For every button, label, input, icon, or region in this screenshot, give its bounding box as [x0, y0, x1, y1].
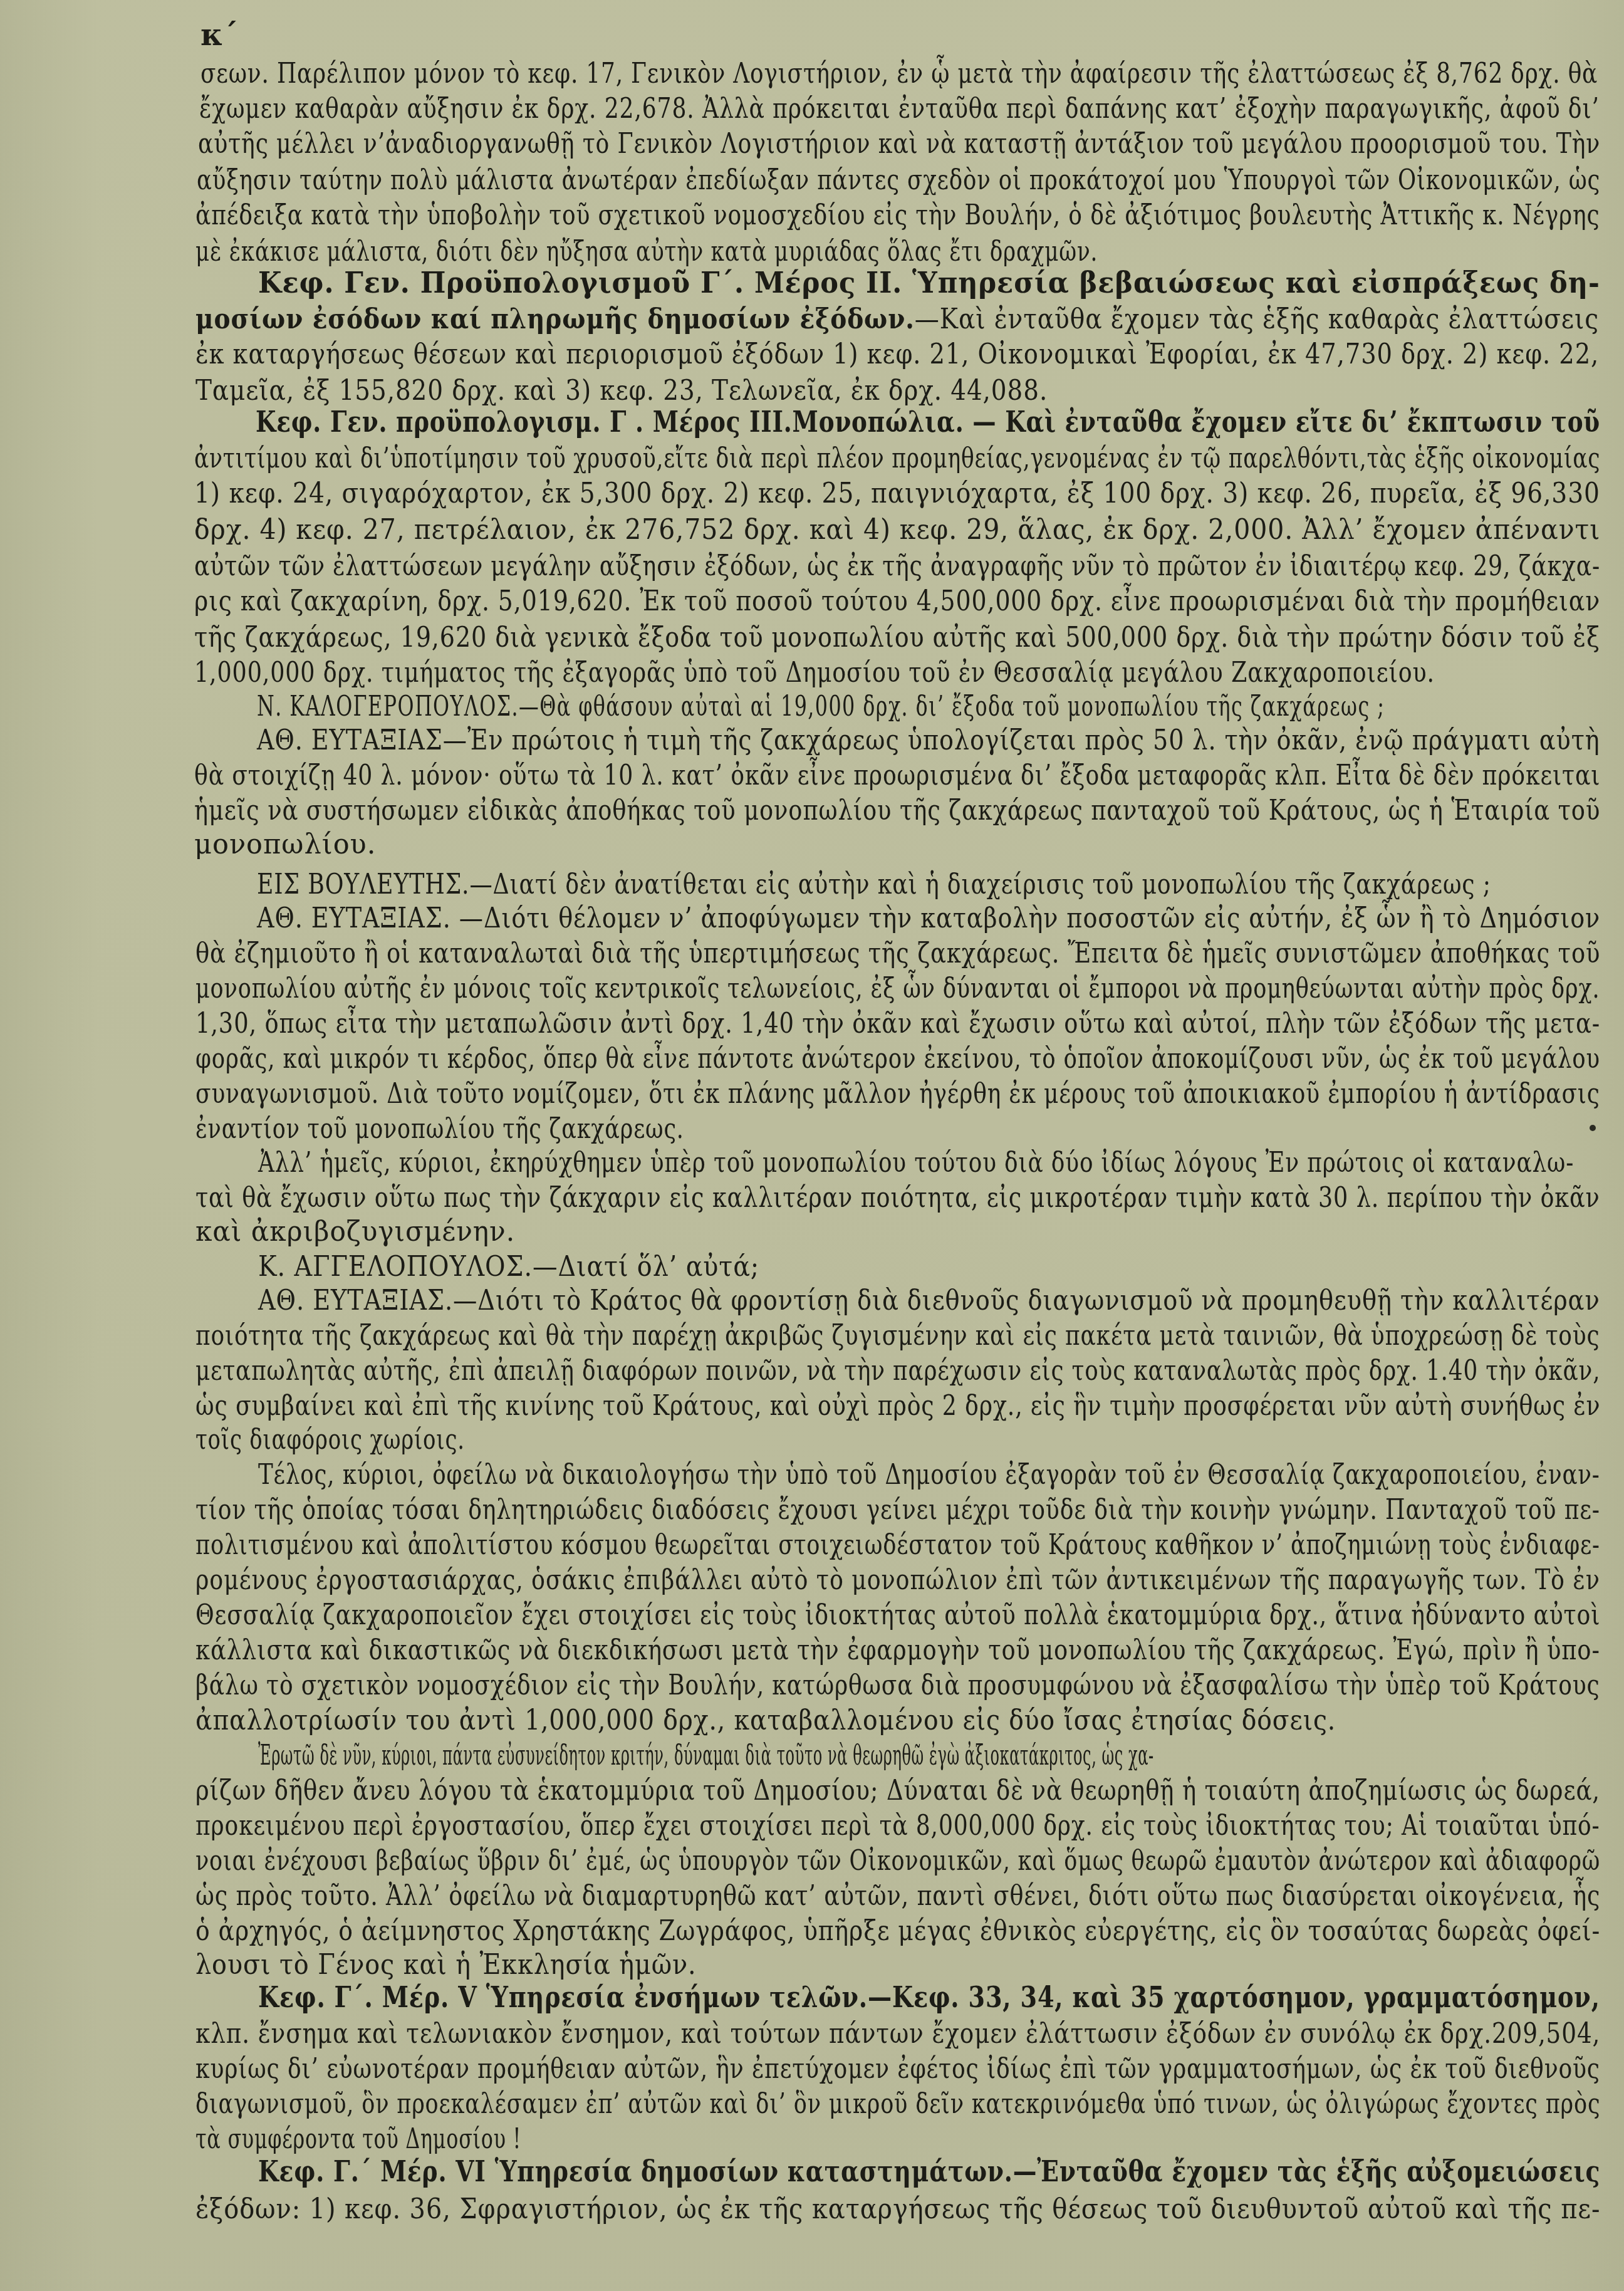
text-run: ἀντιτίμου καὶ δι’ὑποτίμησιν τοῦ χρυσοῦ,ε…: [194, 442, 1600, 474]
text-line: ὁ ἀρχηγός, ὁ ἀείμνηστος Χρηστάκης Ζωγράφ…: [195, 1915, 1600, 1948]
text-run: νοιαι ἐνέχουσι βεβαίως ὕβριν δι’ ἐμέ, ὡς…: [195, 1845, 1600, 1877]
text-run: Ν. ΚΑΛΟΓΕΡΟΠΟΥΛΟΣ.—Θὰ φθάσουν αὐταὶ αἱ 1…: [257, 691, 1385, 723]
text-run: θὰ ἐζημιοῦτο ἢ οἱ καταναλωταὶ διὰ τῆς ὑπ…: [195, 937, 1600, 969]
heading-run: Κεφ. Γεν. προϋπολογισμ. Γ . Μέρος ΙΙΙ.Μο…: [256, 405, 964, 439]
text-line: ἐναντίον τοῦ μονοπωλίου τῆς ζακχάρεως.: [195, 1113, 684, 1145]
section-heading-line: Κεφ. Γ΄. Μέρ. V Ὑπηρεσία ἐνσήμων τελῶν.—…: [258, 1981, 1600, 2014]
text-run: Τέλος, κύριοι, ὀφείλω νὰ δικαιολογήσω τὴ…: [258, 1459, 1600, 1491]
text-run: ἀπαλλοτρίωσίν του ἀντὶ 1,000,000 δρχ., κ…: [195, 1704, 1336, 1736]
text-run: ρομένους ἐργοστασιάρχας, ὁσάκις ἐπιβάλλε…: [195, 1564, 1600, 1596]
text-run: μονοπωλίου αὐτῆς ἐν μόνοις τοῖς κεντρικο…: [195, 973, 1600, 1005]
text-run: —Κεφ. 33, 34, καὶ 35 χαρτόσημον, γραμματ…: [868, 1980, 1600, 2015]
text-line: Κ. ΑΓΓΕΛΟΠΟΥΛΟΣ.—Διατί ὅλ’ αὐτά;: [258, 1251, 759, 1283]
text-line: Ἀλλ’ ἡμεῖς, κύριοι, ἐκηρύχθημεν ὑπὲρ τοῦ…: [258, 1147, 1574, 1179]
text-run: δρχ. 4) κεφ. 27, πετρέλαιον, ἐκ 276,752 …: [194, 514, 1600, 546]
section-heading-line: Κεφ. Γεν. προϋπολογισμ. Γ . Μέρος ΙΙΙ.Μο…: [256, 406, 1600, 439]
text-run: 1) κεφ. 24, σιγαρόχαρτον, ἐκ 5,300 δρχ. …: [194, 478, 1600, 509]
text-run: ἐξόδων: 1) κεφ. 36, Σφραγιστήριον, ὡς ἐκ…: [195, 2193, 1600, 2225]
section-heading-line: Κεφ. Γεν. Προϋπολογισμοῦ Γ΄. Μέρος ΙΙ. Ὑ…: [258, 267, 1600, 300]
text-run: διαγωνισμοῦ, ὃν προεκαλέσαμεν ἐπ’ αὐτῶν …: [195, 2088, 1600, 2120]
text-line: αὐτῆς μέλλει ν’ἀναδιοργανωθῇ τὸ Γενικὸν …: [198, 128, 1600, 160]
text-line: μεταπωλητὰς αὐτῆς, ἐπὶ ἀπειλῇ διαφόρων π…: [195, 1355, 1600, 1387]
text-run: βάλω τὸ σχετικὸν νομοσχέδιον εἰς τὴν Βου…: [195, 1669, 1600, 1701]
text-run: Κ. ΑΓΓΕΛΟΠΟΥΛΟΣ.—Διατί ὅλ’ αὐτά;: [258, 1251, 759, 1283]
text-run: ταὶ θὰ ἔχωσιν οὕτω πως τὴν ζάκχαριν εἰς …: [195, 1182, 1600, 1214]
text-run: Ἀλλ’ ἡμεῖς, κύριοι, ἐκηρύχθημεν ὑπὲρ τοῦ…: [258, 1147, 1574, 1179]
text-line: τῆς ζακχάρεως, 19,620 διὰ γενικὰ ἔξοδα τ…: [194, 622, 1600, 654]
text-line: λουσι τὸ Γένος καὶ ἡ Ἐκκλησία ἡμῶν.: [195, 1949, 697, 1981]
text-line: ἐκ καταργήσεως θέσεων καὶ περιορισμοῦ ἐξ…: [195, 338, 1599, 371]
text-run: ΕΙΣ ΒΟΥΛΕΥΤΗΣ.—Διατί δὲν ἀνατίθεται εἰς …: [257, 869, 1491, 900]
text-run: συναγωνισμοῦ. Διὰ τοῦτο νομίζομεν, ὅτι ἐ…: [195, 1078, 1600, 1110]
text-line: 1,30, ὅπως εἶτα τὴν μεταπωλῶσιν ἀντὶ δρχ…: [195, 1008, 1600, 1040]
text-line: αὔξησιν ταύτην πολὺ μάλιστα ἀνωτέραν ἐπε…: [197, 164, 1600, 197]
text-run: Ἐρωτῶ δὲ νῦν, κύριοι, πάντα εὐσυνείδητον…: [258, 1740, 1154, 1772]
ink-speck: [1590, 1125, 1596, 1131]
section-heading-line: Κεφ. Γ.΄ Μέρ. VI Ὑπηρεσία δημοσίων κατασ…: [258, 2156, 1600, 2188]
text-run: μὲ ἐκάκισε μάλιστα, διότι δὲν ηὔξησα αὐτ…: [195, 236, 1098, 268]
text-run: ὡς συμβαίνει καὶ ἐπὶ τῆς κινίνης τοῦ Κρά…: [195, 1390, 1600, 1422]
text-run: κλπ. ἔνσημα καὶ τελωνιακὸν ἔνσημον, καὶ …: [195, 2018, 1600, 2050]
text-run: μονοπωλίου.: [194, 828, 376, 860]
text-run: φορᾶς, καὶ μικρόν τι κέρδος, ὅπερ θὰ εἶν…: [195, 1043, 1600, 1075]
text-line: καὶ ἀκριβοζυγισμένην.: [195, 1216, 515, 1248]
text-line: Ἐρωτῶ δὲ νῦν, κύριοι, πάντα εὐσυνείδητον…: [258, 1740, 1154, 1772]
text-line: ρομένους ἐργοστασιάρχας, ὁσάκις ἐπιβάλλε…: [195, 1564, 1600, 1597]
text-run: θὰ στοιχίζῃ 40 λ. μόνον· οὕτω τὰ 10 λ. κ…: [194, 759, 1600, 791]
text-line: ἡμεῖς νὰ συστήσωμεν εἰδικὰς ἀποθήκας τοῦ…: [194, 795, 1600, 827]
text-line: νοιαι ἐνέχουσι βεβαίως ὕβριν δι’ ἐμέ, ὡς…: [195, 1845, 1600, 1877]
text-line: τοῖς διαφόροις χωρίοις.: [195, 1424, 465, 1456]
text-line: Θεσσαλίᾳ ζακχαροποιεῖον ἔχει στοιχίσει ε…: [195, 1599, 1600, 1632]
heading-run: Κεφ. Γεν. Προϋπολογισμοῦ Γ΄. Μέρος ΙΙ. Ὑ…: [258, 266, 1600, 300]
text-run: Ταμεῖα, ἐξ 155,820 δρχ. καὶ 3) κεφ. 23, …: [195, 375, 1048, 407]
text-line: ταὶ θὰ ἔχωσιν οὕτω πως τὴν ζάκχαριν εἰς …: [195, 1182, 1600, 1214]
text-run: 1,30, ὅπως εἶτα τὴν μεταπωλῶσιν ἀντὶ δρχ…: [195, 1008, 1600, 1040]
text-run: τοῖς διαφόροις χωρίοις.: [195, 1424, 465, 1456]
text-run: ἀπέδειξα κατὰ τὴν ὑποβολὴν τοῦ σχετικοῦ …: [195, 199, 1600, 231]
text-line: ΑΘ. ΕΥΤΑΞΙΑΣ—Ἐν πρώτοις ἡ τιμὴ τῆς ζακχά…: [257, 724, 1600, 757]
text-line: δρχ. 4) κεφ. 27, πετρέλαιον, ἐκ 276,752 …: [194, 514, 1600, 546]
text-line: ἀντιτίμου καὶ δι’ὑποτίμησιν τοῦ χρυσοῦ,ε…: [194, 442, 1600, 475]
text-line: ρίζων δῆθεν ἄνευ λόγου τὰ ἑκατομμύρια το…: [195, 1775, 1600, 1807]
text-line: διαγωνισμοῦ, ὃν προεκαλέσαμεν ἐπ’ αὐτῶν …: [195, 2088, 1600, 2121]
text-run: 1,000,000 δρχ. τιμήματος τῆς ἐξαγορᾶς ὑπ…: [194, 657, 1435, 689]
text-line: Ν. ΚΑΛΟΓΕΡΟΠΟΥΛΟΣ.—Θὰ φθάσουν αὐταὶ αἱ 1…: [257, 691, 1385, 723]
text-run: τῆς ζακχάρεως, 19,620 διὰ γενικὰ ἔξοδα τ…: [194, 622, 1600, 654]
text-run: ΑΘ. ΕΥΤΑΞΙΑΣ. —Διότι θέλομεν ν’ ἀποφύγωμ…: [257, 902, 1600, 934]
text-run: μεταπωλητὰς αὐτῆς, ἐπὶ ἀπειλῇ διαφόρων π…: [195, 1355, 1600, 1387]
text-line: ΑΘ. ΕΥΤΑΞΙΑΣ. —Διότι θέλομεν ν’ ἀποφύγωμ…: [257, 902, 1600, 935]
text-line: Ταμεῖα, ἐξ 155,820 δρχ. καὶ 3) κεφ. 23, …: [195, 375, 1048, 407]
heading-run: Κεφ. Γ.΄ Μέρ. VI Ὑπηρεσία δημοσίων κατασ…: [258, 2154, 1013, 2189]
text-run: κάλλιστα καὶ δικαστικῶς νὰ διεκδικήσωσι …: [195, 1634, 1600, 1666]
text-line: ἀπέδειξα κατὰ τὴν ὑποβολὴν τοῦ σχετικοῦ …: [195, 199, 1600, 232]
text-line: μοσίων ἐσόδων καί πληρωμῆς δημοσίων ἐξόδ…: [195, 303, 1599, 336]
text-line: μονοπωλίου αὐτῆς ἐν μόνοις τοῖς κεντρικο…: [195, 973, 1600, 1005]
text-line: θὰ στοιχίζῃ 40 λ. μόνον· οὕτω τὰ 10 λ. κ…: [194, 759, 1600, 792]
text-line: μονοπωλίου.: [194, 828, 376, 861]
text-run: — Καὶ ἐνταῦθα ἔχομεν εἴτε δι’ ἔκπτωσιν τ…: [964, 405, 1600, 439]
text-line: βάλω τὸ σχετικὸν νομοσχέδιον εἰς τὴν Βου…: [195, 1669, 1600, 1702]
text-line: κυρίως δι’ εὐωνοτέραν προμήθειαν αὐτῶν, …: [195, 2053, 1600, 2085]
text-run: αὐτῶν τῶν ἐλαττώσεων μεγάλην αὔξησιν ἐξό…: [194, 550, 1600, 582]
text-line: κλπ. ἔνσημα καὶ τελωνιακὸν ἔνσημον, καὶ …: [195, 2018, 1600, 2050]
text-line: ΕΙΣ ΒΟΥΛΕΥΤΗΣ.—Διατί δὲν ἀνατίθεται εἰς …: [257, 869, 1491, 901]
text-run: αὔξησιν ταύτην πολὺ μάλιστα ἀνωτέραν ἐπε…: [197, 164, 1600, 196]
text-run: ΑΘ. ΕΥΤΑΞΙΑΣ—Ἐν πρώτοις ἡ τιμὴ τῆς ζακχά…: [257, 724, 1600, 756]
text-run: —Ἐνταῦθα ἔχομεν τὰς ἑξῆς αὐξομειώσεις: [1013, 2154, 1600, 2189]
text-line: ΑΘ. ΕΥΤΑΞΙΑΣ.—Διότι τὸ Κράτος θὰ φροντίσ…: [258, 1285, 1600, 1317]
text-run: αὐτῆς μέλλει ν’ἀναδιοργανωθῇ τὸ Γενικὸν …: [198, 128, 1600, 160]
text-run: ἐκ καταργήσεως θέσεων καὶ περιορισμοῦ ἐξ…: [195, 338, 1599, 370]
text-run: τὰ συμφέροντα τοῦ Δημοσίου !: [195, 2123, 521, 2155]
text-run: ΑΘ. ΕΥΤΑΞΙΑΣ.—Διότι τὸ Κράτος θὰ φροντίσ…: [258, 1285, 1600, 1317]
text-run: —Καὶ ἐνταῦθα ἔχομεν τὰς ἑξῆς καθαρὰς ἐλα…: [915, 303, 1599, 335]
heading-run: μοσίων ἐσόδων καί πληρωμῆς δημοσίων ἐξόδ…: [195, 303, 915, 335]
text-line: φορᾶς, καὶ μικρόν τι κέρδος, ὅπερ θὰ εἶν…: [195, 1043, 1600, 1075]
text-line: ὡς συμβαίνει καὶ ἐπὶ τῆς κινίνης τοῦ Κρά…: [195, 1390, 1600, 1422]
body-text: σεων. Παρέλιπον μόνον τὸ κεφ. 17, Γενικὸ…: [0, 0, 1624, 2291]
text-run: σεων. Παρέλιπον μόνον τὸ κεφ. 17, Γενικὸ…: [200, 58, 1598, 90]
text-line: Τέλος, κύριοι, ὀφείλω νὰ δικαιολογήσω τὴ…: [258, 1459, 1600, 1491]
text-line: σεων. Παρέλιπον μόνον τὸ κεφ. 17, Γενικὸ…: [200, 58, 1598, 90]
text-run: ἡμεῖς νὰ συστήσωμεν εἰδικὰς ἀποθήκας τοῦ…: [194, 795, 1600, 827]
text-run: ὡς πρὸς τοῦτο. Ἀλλ’ ὀφείλω νὰ διαμαρτυρη…: [195, 1880, 1600, 1912]
text-line: αὐτῶν τῶν ἐλαττώσεων μεγάλην αὔξησιν ἐξό…: [194, 550, 1600, 583]
text-run: ποιότητα τῆς ζακχάρεως καὶ θὰ τὴν παρέχῃ…: [195, 1320, 1600, 1352]
text-line: 1) κεφ. 24, σιγαρόχαρτον, ἐκ 5,300 δρχ. …: [194, 478, 1600, 510]
text-line: ρις καὶ ζακχαρίνη, δρχ. 5,019,620. Ἐκ το…: [194, 585, 1600, 618]
text-run: ρίζων δῆθεν ἄνευ λόγου τὰ ἑκατομμύρια το…: [195, 1775, 1600, 1807]
text-run: προκειμένου περὶ ἐργοστασίου, ὅπερ ἔχει …: [195, 1810, 1600, 1842]
text-run: τίον τῆς ὁποίας τόσαι δηλητηριώδεις διαδ…: [195, 1494, 1600, 1526]
text-line: τὰ συμφέροντα τοῦ Δημοσίου !: [195, 2123, 521, 2156]
text-run: καὶ ἀκριβοζυγισμένην.: [195, 1216, 515, 1248]
text-line: ὡς πρὸς τοῦτο. Ἀλλ’ ὀφείλω νὰ διαμαρτυρη…: [195, 1880, 1600, 1913]
text-line: ἀπαλλοτρίωσίν του ἀντὶ 1,000,000 δρχ., κ…: [195, 1704, 1336, 1737]
text-run: πολιτισμένου καὶ ἀπολιτίστου κόσμου θεωρ…: [195, 1529, 1600, 1561]
text-line: ποιότητα τῆς ζακχάρεως καὶ θὰ τὴν παρέχῃ…: [195, 1320, 1600, 1352]
text-line: ἐξόδων: 1) κεφ. 36, Σφραγιστήριον, ὡς ἐκ…: [195, 2193, 1600, 2226]
text-line: κάλλιστα καὶ δικαστικῶς νὰ διεκδικήσωσι …: [195, 1634, 1600, 1667]
text-run: ρις καὶ ζακχαρίνη, δρχ. 5,019,620. Ἐκ το…: [194, 585, 1600, 617]
text-line: 1,000,000 δρχ. τιμήματος τῆς ἐξαγορᾶς ὑπ…: [194, 657, 1435, 689]
heading-run: Κεφ. Γ΄. Μέρ. V Ὑπηρεσία ἐνσήμων τελῶν.: [258, 1980, 868, 2015]
text-run: Θεσσαλίᾳ ζακχαροποιεῖον ἔχει στοιχίσει ε…: [195, 1599, 1600, 1631]
text-line: προκειμένου περὶ ἐργοστασίου, ὅπερ ἔχει …: [195, 1810, 1600, 1842]
text-run: ἔχωμεν καθαρὰν αὔξησιν ἐκ δρχ. 22,678. Ἀ…: [199, 93, 1600, 125]
text-line: συναγωνισμοῦ. Διὰ τοῦτο νομίζομεν, ὅτι ἐ…: [195, 1078, 1600, 1110]
text-run: ὁ ἀρχηγός, ὁ ἀείμνηστος Χρηστάκης Ζωγράφ…: [195, 1915, 1600, 1947]
text-line: μὲ ἐκάκισε μάλιστα, διότι δὲν ηὔξησα αὐτ…: [195, 236, 1098, 268]
text-line: θὰ ἐζημιοῦτο ἢ οἱ καταναλωταὶ διὰ τῆς ὑπ…: [195, 937, 1600, 970]
text-run: κυρίως δι’ εὐωνοτέραν προμήθειαν αὐτῶν, …: [195, 2053, 1600, 2085]
text-run: λουσι τὸ Γένος καὶ ἡ Ἐκκλησία ἡμῶν.: [195, 1949, 697, 1981]
text-run: ἐναντίον τοῦ μονοπωλίου τῆς ζακχάρεως.: [195, 1113, 684, 1145]
text-line: πολιτισμένου καὶ ἀπολιτίστου κόσμου θεωρ…: [195, 1529, 1600, 1562]
text-line: ἔχωμεν καθαρὰν αὔξησιν ἐκ δρχ. 22,678. Ἀ…: [199, 93, 1600, 125]
text-line: τίον τῆς ὁποίας τόσαι δηλητηριώδεις διαδ…: [195, 1494, 1600, 1526]
